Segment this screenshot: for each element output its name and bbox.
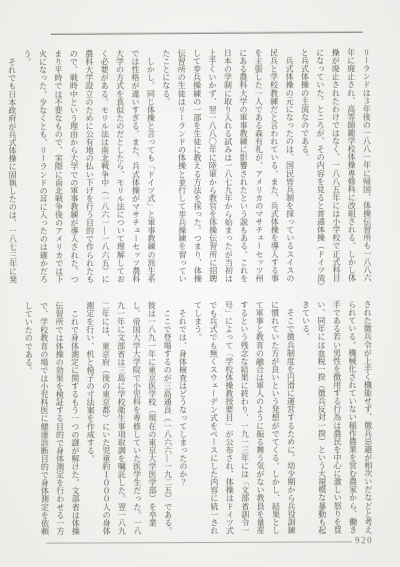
scan-content: リーランドは３年後の一八八一年に帰国、体操伝習所も一八八六年に廃止され、高等師範… (0, 0, 400, 567)
text-block-top: リーランドは３年後の一八八一年に帰国、体操伝習所も一八八六年に廃止され、高等師範… (32, 48, 375, 289)
paragraph: された徴兵令が上手く機能せず、徴兵忌避が相次いだなどと考えられている。機械化され… (298, 300, 376, 538)
paragraph: そこで徴兵制度を円滑に運営するために、幼少期から兵役訓練に慣れていた方が良いとい… (190, 301, 299, 539)
header-rule (51, 31, 363, 35)
paragraph: これで身体測定に関するもう一つの謎が解けた。文部省は体操伝習所では体操の効果を検… (21, 302, 84, 540)
paragraph: それでも日本政府が兵式体操に固執したのは、一八七三年に発布 (0, 50, 21, 290)
page-number: 920 (355, 535, 395, 545)
scanned-book-page: リーランドは３年後の一八八一年に帰国、体操伝習所も一八八六年に廃止され、高等師範… (0, 0, 400, 567)
footer-rule (46, 541, 352, 543)
paragraph: リーランドは３年後の一八八一年に帰国、体操伝習所も一八八六年に廃止され、高等師範… (297, 48, 375, 288)
paragraph: しかし、同じ体操と言っても「ドイツ式」と軍事教練の派生系では性格が違いすぎる。ま… (20, 49, 160, 290)
paragraph: ここで登場するのが三島通良（一八六六―一九二五）である。彼は一八九一年に東京医学… (82, 301, 175, 539)
paragraph: それでは、身体検査はどうなってしまったのか？ (175, 301, 191, 539)
text-block-bottom: された徴兵令が上手く機能せず、徴兵忌避が相次いだなどと考えられている。機械化され… (33, 300, 376, 539)
paragraph: 兵式体操の元になったのは、国民皆兵制を採っているスイスの民兵と学校教練だと言われ… (158, 49, 298, 290)
